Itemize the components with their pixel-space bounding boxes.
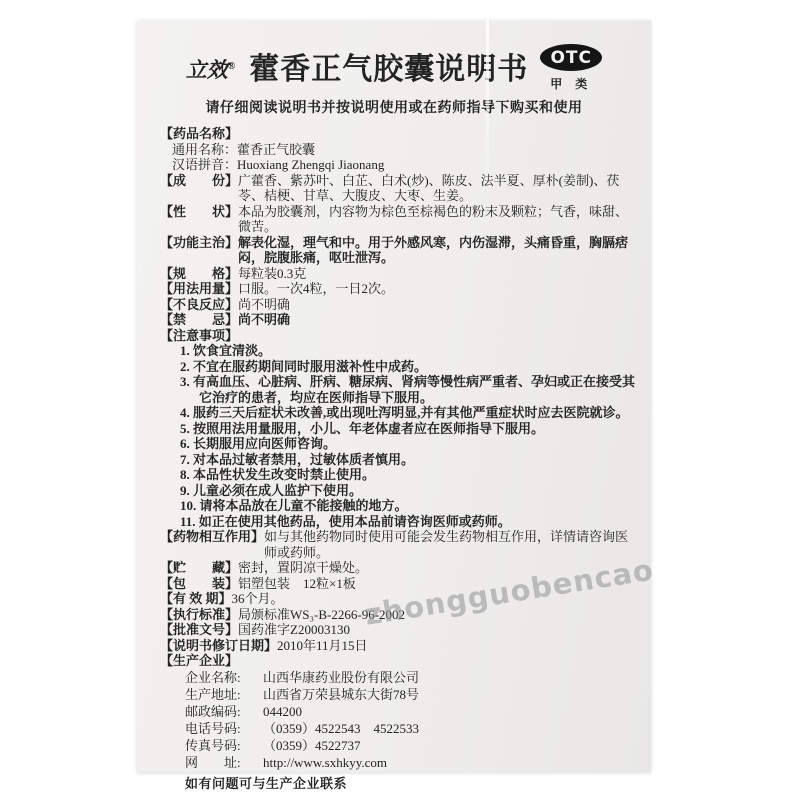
- generic-name-row: 通用名称： 藿香正气胶囊: [160, 142, 640, 158]
- section-contraindications: 【禁 忌】 尚不明确: [160, 312, 640, 328]
- section-content: 密封，置阴凉干燥处。: [238, 560, 640, 576]
- leaflet-header: 立效® 藿香正气胶囊说明书 OTC 甲 类: [137, 20, 651, 92]
- otc-badge-icon: OTC: [540, 44, 602, 71]
- section-content: 2010年11月15日: [277, 638, 640, 654]
- phone-value: （0359）4522543 4522533: [263, 720, 419, 737]
- website-value: http://www.sxhkyy.com: [263, 754, 387, 771]
- website-row: 网 址: http://www.sxhkyy.com: [160, 754, 640, 771]
- section-content: 口服。一次4粒，一日2次。: [238, 281, 640, 297]
- section-dosage: 【用法用量】 口服。一次4粒，一日2次。: [160, 281, 640, 297]
- company-name-value: 山西华康药业股份有限公司: [263, 669, 419, 686]
- section-shelf-life: 【有 效 期】 36个月。: [160, 591, 640, 607]
- precaution-item: 11. 如正在使用其他药品，使用本品前请咨询医师或药师。: [180, 514, 640, 530]
- section-label: 【禁 忌】: [160, 312, 238, 328]
- postcode-value: 044200: [263, 703, 302, 720]
- fax-row: 传真号码: （0359）4522737: [160, 737, 640, 754]
- section-label: 【功能主治】: [160, 235, 238, 266]
- section-label: 【包 装】: [160, 576, 238, 592]
- section-label: 【执行标准】: [160, 607, 238, 623]
- generic-name-key: 通用名称：: [172, 142, 237, 158]
- section-description: 【性 状】 本品为胶囊剂，内容物为棕色至棕褐色的粉末及颗粒；气香，味甜、微苦。: [160, 204, 640, 235]
- precaution-item: 5. 按照用法用量服用，小儿、年老体虚者应在医师指导下服用。: [180, 421, 640, 437]
- section-content: 36个月。: [232, 591, 640, 607]
- leaflet-body: 【药品名称】 通用名称： 藿香正气胶囊 汉语拼音： Huoxiang Zheng…: [137, 126, 651, 791]
- company-name-row: 企业名称: 山西华康药业股份有限公司: [160, 669, 640, 686]
- registered-trademark-icon: ®: [228, 61, 235, 72]
- section-content: 解表化湿，理气和中。用于外感风寒，内伤湿滞，头痛昏重，胸膈痞闷，脘腹胀痛，呕吐泄…: [238, 235, 640, 266]
- section-storage: 【贮 藏】 密封，置阴凉干燥处。: [160, 560, 640, 576]
- company-name-key: 企业名称:: [185, 669, 263, 686]
- phone-row: 电话号码: （0359）4522543 4522533: [160, 720, 640, 737]
- section-label: 【有 效 期】: [160, 591, 232, 607]
- otc-class-label: 甲 类: [550, 75, 592, 92]
- section-content: 如与其他药物同时使用可能会发生药物相互作用，详情请咨询医师或药师。: [264, 529, 640, 560]
- fax-key: 传真号码:: [185, 737, 263, 754]
- section-content: 广藿香、紫苏叶、白芷、白术(炒)、陈皮、法半夏、厚朴(姜制)、茯苓、桔梗、甘草、…: [238, 173, 640, 204]
- precaution-item: 4. 服药三天后症状未改善,或出现吐泻明显,并有其他严重症状时应去医院就诊。: [180, 405, 640, 421]
- precaution-item: 3. 有高血压、心脏病、肝病、糖尿病、肾病等慢性病严重者、孕妇或正在接受其它治疗…: [180, 374, 640, 405]
- section-manufacturer: 【生产企业】: [160, 653, 640, 669]
- precaution-item: 9. 儿童必须在成人监护下使用。: [180, 483, 640, 499]
- section-label: 【用法用量】: [160, 281, 238, 297]
- address-value: 山西省万荣县城东大街78号: [263, 686, 419, 703]
- section-content: 局颁标准WS₃-B-2266-96-2002: [238, 607, 640, 623]
- section-content: 国药准字Z20003130: [238, 622, 640, 638]
- postcode-row: 邮政编码: 044200: [160, 703, 640, 720]
- section-revision-date: 【说明书修订日期】 2010年11月15日: [160, 638, 640, 654]
- postcode-key: 邮政编码:: [185, 703, 263, 720]
- section-standard: 【执行标准】 局颁标准WS₃-B-2266-96-2002: [160, 607, 640, 623]
- section-content: 尚不明确: [238, 312, 640, 328]
- section-approval-number: 【批准文号】 国药准字Z20003130: [160, 622, 640, 638]
- phone-key: 电话号码:: [185, 720, 263, 737]
- section-drug-name: 【药品名称】: [160, 126, 640, 142]
- precaution-item: 8. 本品性状发生改变时禁止使用。: [180, 467, 640, 483]
- precaution-item: 6. 长期服用应向医师咨询。: [180, 436, 640, 452]
- precaution-list: 1. 饮食宜清淡。 2. 不宜在服药期间同时服用滋补性中成药。 3. 有高血压、…: [160, 343, 640, 529]
- usage-notice: 请仔细阅读说明书并按说明使用或在药师指导下购买和使用: [137, 97, 651, 117]
- precaution-item: 7. 对本品过敏者禁用，过敏体质者慎用。: [180, 452, 640, 468]
- leaflet-paper: zhongguobencao 立效® 藿香正气胶囊说明书 OTC 甲 类 请仔细…: [137, 20, 651, 772]
- section-label: 【性 状】: [160, 204, 238, 235]
- precaution-item: 10. 请将本品放在儿童不能接触的地方。: [180, 498, 640, 514]
- pinyin-value: Huoxiang Zhengqi Jiaonang: [237, 157, 384, 173]
- address-row: 生产地址: 山西省万荣县城东大街78号: [160, 686, 640, 703]
- leaflet-title: 藿香正气胶囊说明书: [249, 44, 528, 88]
- section-drug-interactions: 【药物相互作用】 如与其他药物同时使用可能会发生药物相互作用，详情请咨询医师或药…: [160, 529, 640, 560]
- brand-logo: 立效®: [186, 54, 235, 84]
- pinyin-row: 汉语拼音： Huoxiang Zhengqi Jiaonang: [160, 157, 640, 173]
- section-precautions: 【注意事项】: [160, 328, 640, 344]
- generic-name-value: 藿香正气胶囊: [237, 142, 315, 158]
- section-adverse-reactions: 【不良反应】 尚不明确: [160, 297, 640, 313]
- section-label: 【贮 藏】: [160, 560, 238, 576]
- section-label: 【不良反应】: [160, 297, 238, 313]
- precaution-item: 1. 饮食宜清淡。: [180, 343, 640, 359]
- section-label: 【药物相互作用】: [160, 529, 264, 560]
- section-content: 本品为胶囊剂，内容物为棕色至棕褐色的粉末及颗粒；气香，味甜、微苦。: [238, 204, 640, 235]
- section-content: 铝塑包装 12粒×1板: [238, 576, 640, 592]
- section-label: 【规 格】: [160, 266, 238, 282]
- section-packaging: 【包 装】 铝塑包装 12粒×1板: [160, 576, 640, 592]
- section-content: 尚不明确: [238, 297, 640, 313]
- brand-name: 立效: [186, 58, 228, 82]
- section-label: 【成 份】: [160, 173, 238, 204]
- address-key: 生产地址:: [185, 686, 263, 703]
- pinyin-key: 汉语拼音：: [172, 157, 237, 173]
- website-key: 网 址:: [185, 754, 263, 771]
- section-content: 每粒装0.3克: [238, 266, 640, 282]
- section-indications: 【功能主治】 解表化湿，理气和中。用于外感风寒，内伤湿滞，头痛昏重，胸膈痞闷，脘…: [160, 235, 640, 266]
- precaution-item: 2. 不宜在服药期间同时服用滋补性中成药。: [180, 359, 640, 375]
- contact-note: 如有问题可与生产企业联系: [160, 776, 640, 792]
- section-ingredients: 【成 份】 广藿香、紫苏叶、白芷、白术(炒)、陈皮、法半夏、厚朴(姜制)、茯苓、…: [160, 173, 640, 204]
- section-strength: 【规 格】 每粒装0.3克: [160, 266, 640, 282]
- otc-mark: OTC 甲 类: [540, 44, 602, 92]
- manufacturer-block: 【生产企业】 企业名称: 山西华康药业股份有限公司 生产地址: 山西省万荣县城东…: [160, 653, 640, 771]
- section-label: 【批准文号】: [160, 622, 238, 638]
- section-label: 【说明书修订日期】: [160, 638, 277, 654]
- fax-value: （0359）4522737: [263, 737, 361, 754]
